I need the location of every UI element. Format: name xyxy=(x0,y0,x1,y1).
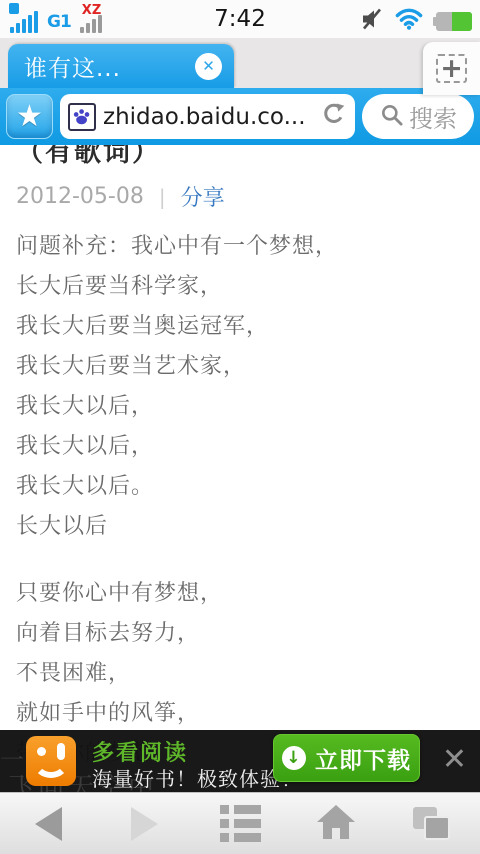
windows-button[interactable] xyxy=(384,793,480,854)
page-content: （有歌词） 2012-05-08 | 分享 问题补充：我心中有一个梦想， 长大后… xyxy=(0,145,480,792)
refresh-icon[interactable] xyxy=(320,101,347,132)
address-bar: ★ zhidao.baidu.co... xyxy=(0,88,480,145)
new-tab-button[interactable]: + xyxy=(423,42,480,95)
bookmark-button[interactable]: ★ xyxy=(6,94,53,139)
forward-button[interactable] xyxy=(96,793,192,854)
blank-line xyxy=(16,547,464,574)
download-button[interactable]: ↓ 立即下载 xyxy=(273,734,420,782)
text-line: 问题补充：我心中有一个梦想， xyxy=(16,227,464,267)
back-icon xyxy=(35,807,62,841)
baidu-paw-favicon xyxy=(68,103,96,131)
tab-close-icon[interactable]: ✕ xyxy=(195,53,222,80)
divider: | xyxy=(159,185,166,209)
status-bar: G1 XZ 7:42 xyxy=(0,0,480,38)
search-button[interactable]: 搜索 xyxy=(362,94,474,139)
ad-close-icon[interactable]: ✕ xyxy=(442,743,467,777)
home-button[interactable] xyxy=(288,793,384,854)
download-icon: ↓ xyxy=(282,746,306,770)
menu-list-icon xyxy=(220,805,261,842)
text-line: 我长大后要当艺术家， xyxy=(16,347,464,387)
ad-subtitle: 海量好书！极致体验！ xyxy=(92,763,302,792)
menu-button[interactable] xyxy=(192,793,288,854)
status-right-icons xyxy=(359,7,472,35)
battery-icon xyxy=(436,12,472,31)
star-icon: ★ xyxy=(16,99,43,134)
browser-nav-bar xyxy=(0,792,480,854)
question-body: 问题补充：我心中有一个梦想， 长大后要当科学家， 我长大后要当奥运冠军， 我长大… xyxy=(16,227,464,774)
plus-icon: + xyxy=(436,54,467,83)
mute-icon xyxy=(359,7,385,35)
ad-banner[interactable]: 一 飞向天空中 多看阅读 海量好书！极致体验！ ↓ 立即下载 ✕ xyxy=(0,730,480,792)
text-line: 我长大以后。 xyxy=(16,467,464,507)
forward-icon xyxy=(131,807,158,841)
windows-icon xyxy=(413,807,451,841)
url-text: zhidao.baidu.co... xyxy=(103,104,313,130)
text-line: 向着目标去努力， xyxy=(16,614,464,654)
text-line: 长大后要当科学家， xyxy=(16,267,464,307)
screen: G1 XZ 7:42 谁有这... xyxy=(0,0,480,854)
search-label: 搜索 xyxy=(409,99,457,134)
download-button-label: 立即下载 xyxy=(315,742,411,775)
text-line: 我长大后要当奥运冠军， xyxy=(16,307,464,347)
text-line: 就如手中的风筝， xyxy=(16,694,464,734)
active-tab[interactable]: 谁有这... ✕ xyxy=(8,44,234,88)
wifi-icon xyxy=(395,8,423,34)
text-line: 只要你心中有梦想， xyxy=(16,574,464,614)
text-line: 长大以后 xyxy=(16,507,464,547)
question-title: （有歌词） xyxy=(16,145,464,168)
share-link[interactable]: 分享 xyxy=(181,181,225,212)
text-line: 我长大以后， xyxy=(16,387,464,427)
text-line: 不畏困难， xyxy=(16,654,464,694)
back-button[interactable] xyxy=(0,793,96,854)
url-field[interactable]: zhidao.baidu.co... xyxy=(60,94,355,139)
date-label: 2012-05-08 xyxy=(16,184,144,209)
duokan-app-icon xyxy=(26,736,76,786)
text-line: 我长大以后， xyxy=(16,427,464,467)
home-icon xyxy=(315,803,357,845)
tab-title: 谁有这... xyxy=(24,50,195,83)
search-icon xyxy=(379,102,405,132)
meta-row: 2012-05-08 | 分享 xyxy=(16,181,464,212)
